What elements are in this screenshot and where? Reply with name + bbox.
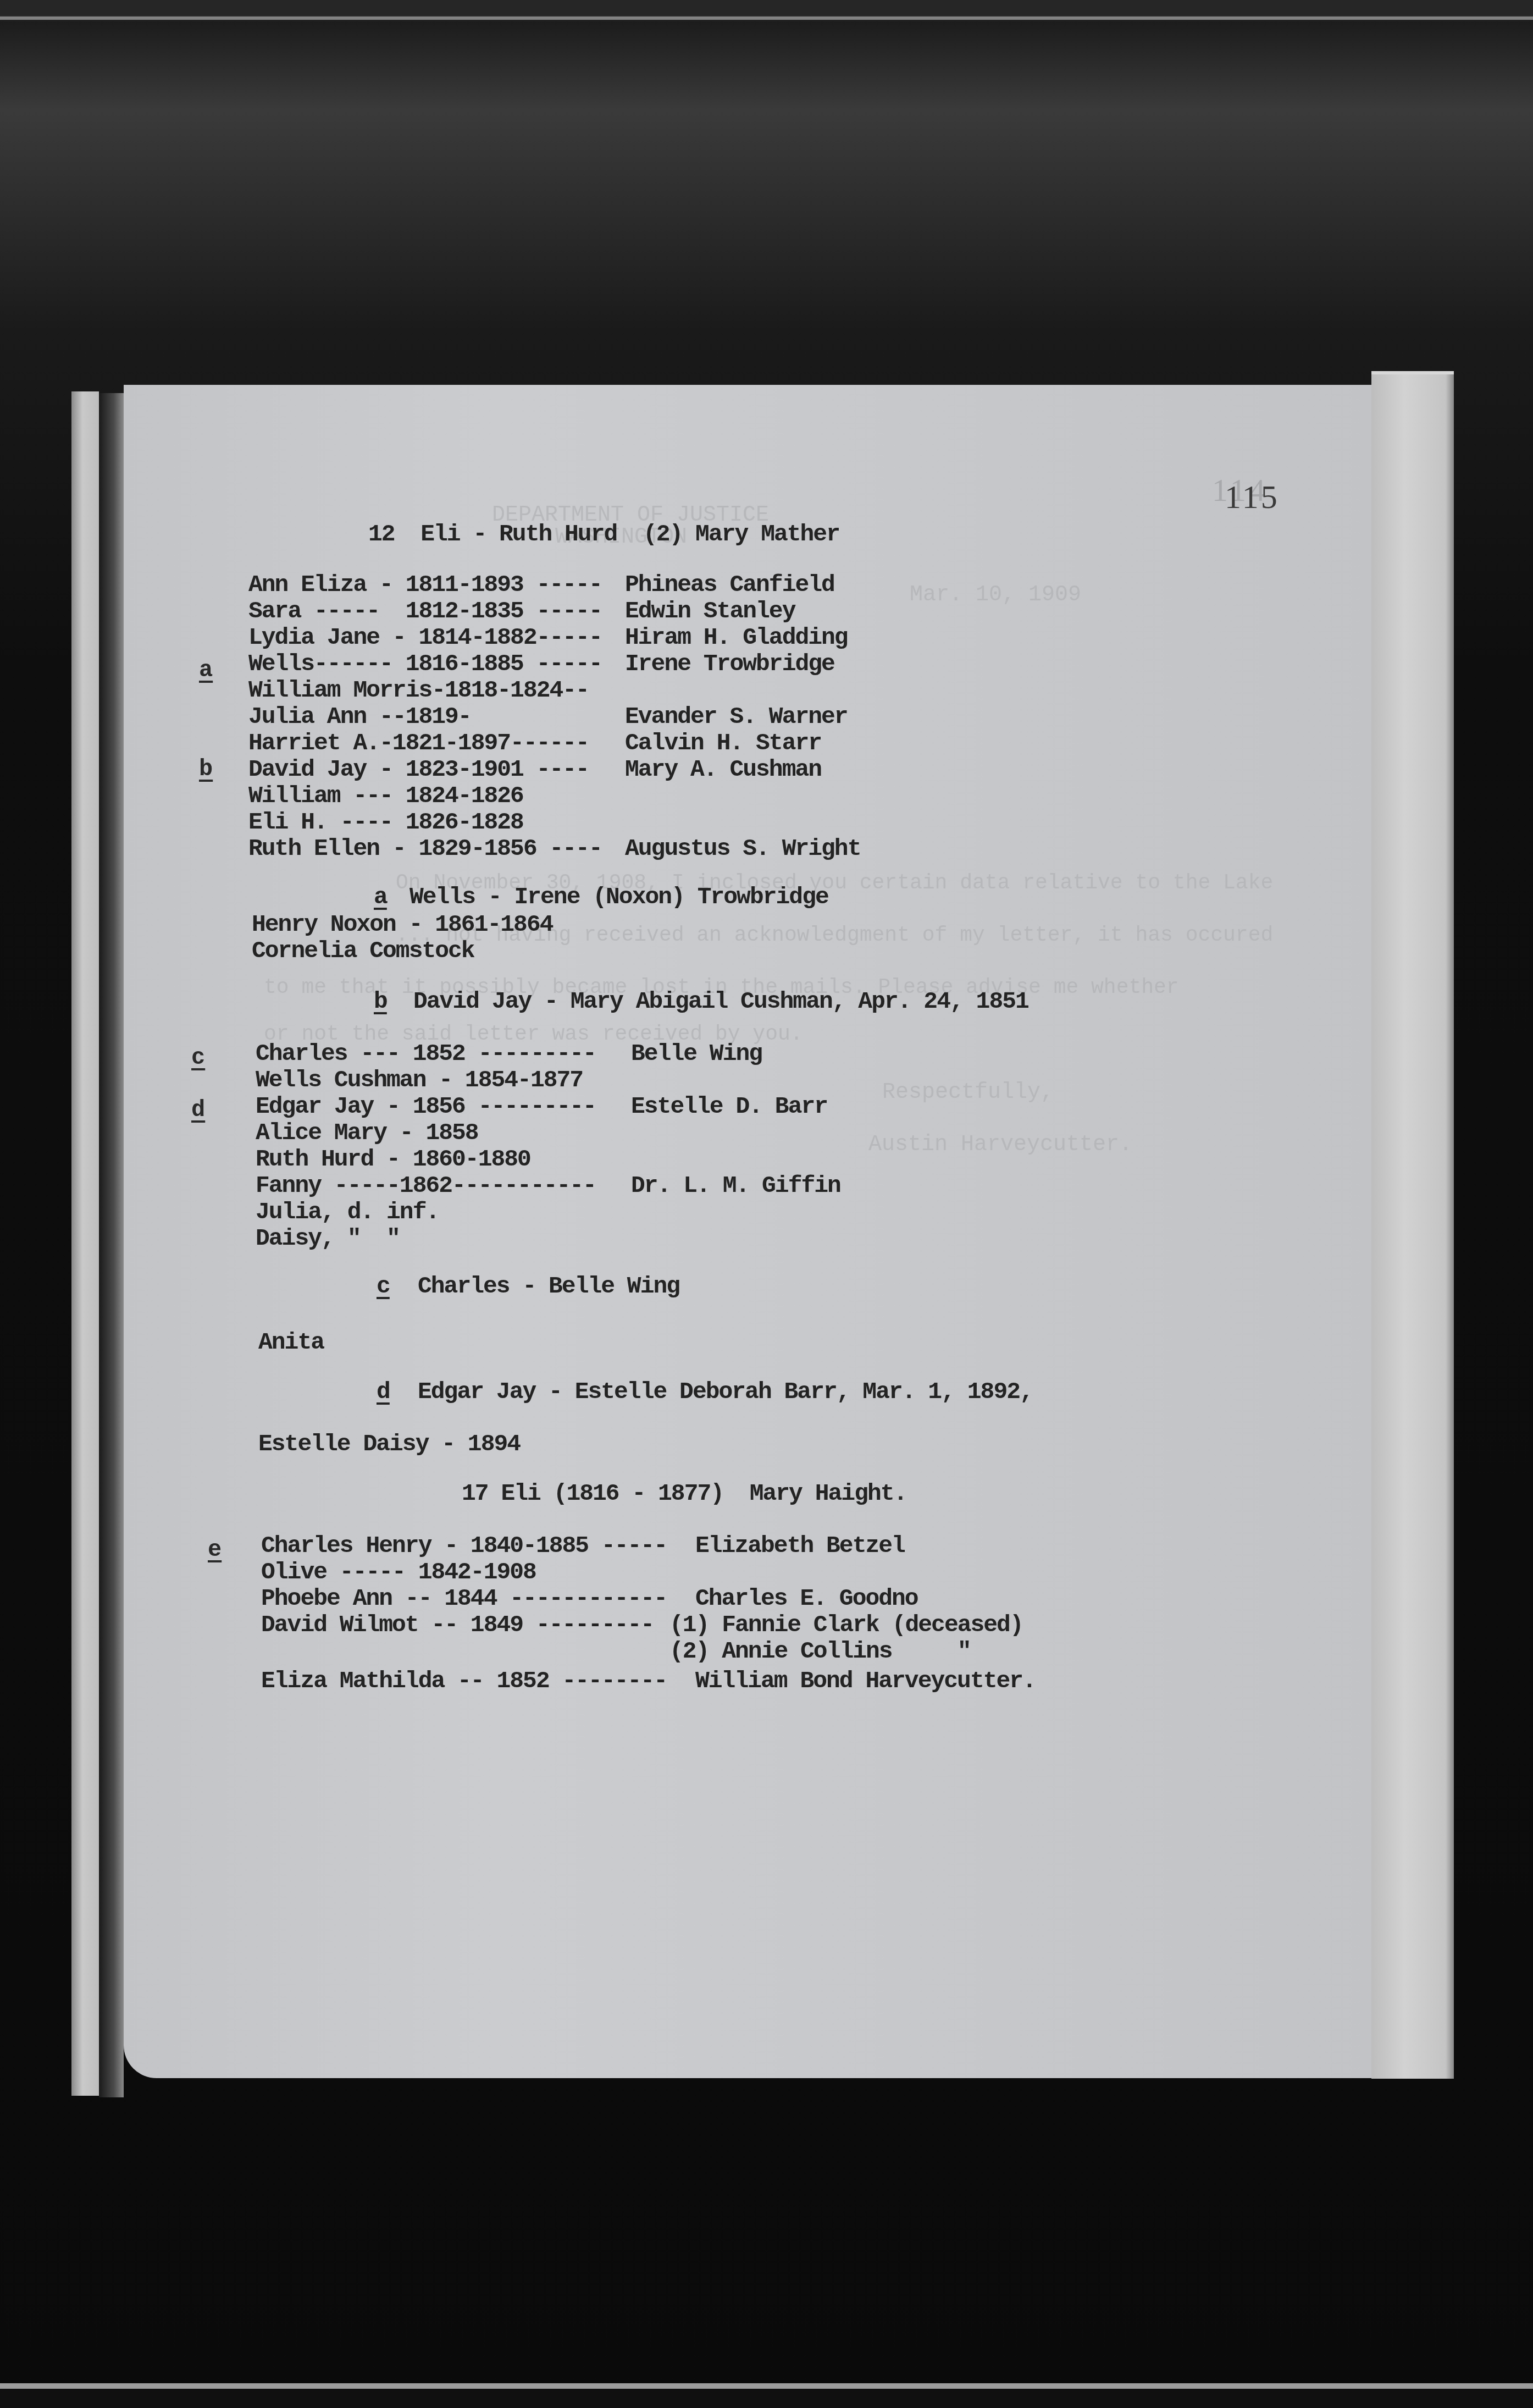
marker-a: a	[199, 657, 213, 683]
child-row-left: Ruth Ellen - 1829-1856 ----	[248, 837, 602, 860]
child-row-left: Charles Henry - 1840-1885 -----	[261, 1534, 667, 1558]
child-row-spouse: Elizabeth Betzel	[695, 1534, 905, 1558]
child-row-left: William --- 1824-1826	[248, 784, 523, 808]
section-12-heading: 12 Eli - Ruth Hurd (2) Mary Mather	[368, 522, 839, 546]
child-row-spouse: Edwin Stanley	[625, 599, 795, 623]
child-row-spouse: Estelle D. Barr	[631, 1095, 827, 1118]
child-row-left: Fanny -----1862-----------	[256, 1174, 596, 1197]
section-a-heading: Wells - Irene (Noxon) Trowbridge	[409, 885, 828, 909]
section-a-label: a	[374, 885, 387, 909]
child-row-left: Wells------ 1816-1885 -----	[248, 652, 602, 676]
book-gutter	[99, 393, 124, 2097]
section-d-child: Estelle Daisy - 1894	[258, 1432, 520, 1456]
child-row-left: Julia Ann --1819-	[248, 705, 471, 728]
child-row-left: Harriet A.-1821-1897------	[248, 731, 589, 755]
child-row-left: David Wilmot -- 1849 ---------	[261, 1613, 654, 1637]
child-row-left: Olive ----- 1842-1908	[261, 1560, 536, 1584]
film-top-edge	[0, 16, 1533, 20]
child-row-spouse: (1) Fannie Clark (deceased)	[669, 1613, 1023, 1637]
child-row-spouse: (2) Annie Collins "	[669, 1639, 971, 1663]
child-row-left: William Morris-1818-1824--	[248, 678, 589, 702]
child-row-left: Phoebe Ann -- 1844 ------------	[261, 1587, 667, 1610]
child-row-spouse: William Bond Harveycutter.	[695, 1669, 1036, 1693]
child-row-left: Wells Cushman - 1854-1877	[256, 1068, 583, 1092]
child-row-left: Edgar Jay - 1856 ---------	[256, 1095, 596, 1118]
marker-c: c	[191, 1045, 205, 1071]
microfilm-frame: DEPARTMENT OF JUSTICE WASHINGTON Mar. 10…	[0, 0, 1533, 2408]
section-c-child: Anita	[258, 1330, 324, 1354]
child-row-left: Julia, d. inf.	[256, 1200, 439, 1224]
child-row-left: Eliza Mathilda -- 1852 --------	[261, 1669, 667, 1693]
child-row-spouse: Dr. L. M. Giffin	[631, 1174, 840, 1197]
child-row-left: Lydia Jane - 1814-1882-----	[248, 626, 602, 649]
marker-d: d	[191, 1097, 205, 1123]
section-c-heading: Charles - Belle Wing	[418, 1274, 679, 1298]
section-a-child: Henry Noxon - 1861-1864	[252, 913, 553, 936]
bleed-closing: Respectfully,	[882, 1080, 1054, 1105]
child-row-spouse: Mary A. Cushman	[625, 758, 821, 781]
child-row-left: Alice Mary - 1858	[256, 1121, 478, 1145]
child-row-left: Ruth Hurd - 1860-1880	[256, 1147, 530, 1171]
child-row-left: Daisy, " "	[256, 1227, 400, 1250]
marker-e: e	[208, 1537, 222, 1563]
bleed-signature: Austin Harveycutter.	[868, 1133, 1132, 1157]
film-bottom-edge	[0, 2383, 1533, 2389]
left-page-edge	[71, 391, 99, 2096]
section-d-heading: Edgar Jay - Estelle Deborah Barr, Mar. 1…	[418, 1380, 1033, 1404]
child-row-spouse: Hiram H. Gladding	[625, 626, 848, 649]
bleed-date: Mar. 10, 1909	[910, 583, 1081, 607]
child-row-left: Eli H. ---- 1826-1828	[248, 810, 523, 834]
film-bottom-strip	[0, 2389, 1533, 2408]
page-stack-edge	[1371, 371, 1454, 2079]
page-number: 115	[1225, 478, 1280, 516]
child-row-spouse: Calvin H. Starr	[625, 731, 821, 755]
child-row-left: Sara ----- 1812-1835 -----	[248, 599, 602, 623]
child-row-left: Charles --- 1852 ---------	[256, 1042, 596, 1065]
child-row-spouse: Charles E. Goodno	[695, 1587, 918, 1610]
section-b-label: b	[374, 990, 387, 1013]
child-row-spouse: Augustus S. Wright	[625, 837, 860, 860]
child-row-left: David Jay - 1823-1901 ----	[248, 758, 589, 781]
film-top-strip	[0, 0, 1533, 15]
child-row-spouse: Evander S. Warner	[625, 705, 848, 728]
section-b-heading: David Jay - Mary Abigail Cushman, Apr. 2…	[413, 990, 1028, 1013]
child-row-spouse: Irene Trowbridge	[625, 652, 834, 676]
child-row-spouse: Belle Wing	[631, 1042, 762, 1065]
section-c-label: c	[377, 1274, 390, 1298]
section-d-label: d	[377, 1380, 390, 1404]
section-a-child: Cornelia Comstock	[252, 939, 474, 963]
marker-b: b	[199, 756, 213, 782]
child-row-left: Ann Eliza - 1811-1893 -----	[248, 573, 602, 597]
child-row-spouse: Phineas Canfield	[625, 573, 834, 597]
section-17-heading: 17 Eli (1816 - 1877) Mary Haight.	[462, 1482, 906, 1505]
